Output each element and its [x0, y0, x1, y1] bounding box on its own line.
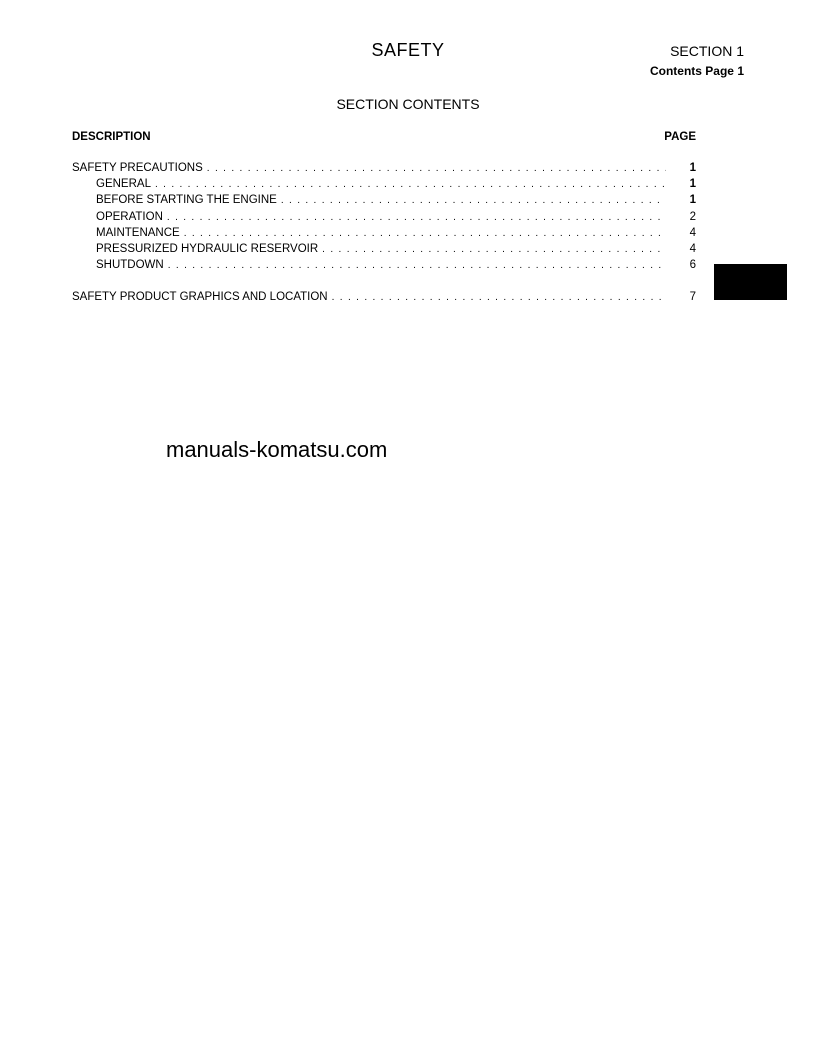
section-contents-heading: SECTION CONTENTS [0, 96, 816, 112]
toc-entry-label: BEFORE STARTING THE ENGINE [72, 194, 281, 206]
dot-leader: ........................................… [207, 163, 666, 174]
dot-leader: ........................................… [167, 212, 666, 223]
toc-entry[interactable]: SAFETY PRODUCT GRAPHICS AND LOCATION....… [72, 291, 696, 307]
watermark-text: manuals-komatsu.com [166, 437, 387, 463]
toc-entry-page: 2 [684, 211, 696, 223]
toc-entry-page: 6 [684, 259, 696, 271]
section-label: SECTION 1 [670, 43, 744, 59]
dot-leader: ........................................… [332, 292, 666, 303]
toc-entry-page: 1 [684, 194, 696, 206]
toc-entry[interactable]: OPERATION...............................… [72, 211, 696, 227]
toc-entry-label: OPERATION [72, 211, 167, 223]
contents-page-label: Contents Page 1 [650, 64, 744, 78]
toc-entry-label: GENERAL [72, 178, 155, 190]
toc-entry-page: 1 [684, 178, 696, 190]
toc-entry[interactable]: SAFETY PRECAUTIONS......................… [72, 162, 696, 178]
toc-entry-page: 7 [684, 291, 696, 303]
dot-leader: ........................................… [168, 260, 666, 271]
toc-entry[interactable]: BEFORE STARTING THE ENGINE..............… [72, 194, 696, 210]
toc-entry-page: 4 [684, 243, 696, 255]
toc-entry-label: SHUTDOWN [72, 259, 168, 271]
toc-entry-page: 1 [684, 162, 696, 174]
dot-leader: ........................................… [184, 228, 666, 239]
dot-leader: ........................................… [322, 244, 666, 255]
toc-entry-label: SAFETY PRODUCT GRAPHICS AND LOCATION [72, 291, 332, 303]
toc-entry-label: SAFETY PRECAUTIONS [72, 162, 207, 174]
section-index-tab [714, 264, 787, 300]
table-of-contents: SAFETY PRECAUTIONS......................… [72, 162, 696, 308]
toc-entry[interactable]: PRESSURIZED HYDRAULIC RESERVOIR.........… [72, 243, 696, 259]
toc-entry[interactable]: GENERAL.................................… [72, 178, 696, 194]
toc-entry-label: MAINTENANCE [72, 227, 184, 239]
dot-leader: ........................................… [155, 179, 666, 190]
page-column-header: PAGE [664, 131, 696, 143]
toc-entry[interactable]: MAINTENANCE.............................… [72, 227, 696, 243]
description-column-header: DESCRIPTION [72, 131, 151, 143]
toc-entry-label: PRESSURIZED HYDRAULIC RESERVOIR [72, 243, 322, 255]
toc-entry-page: 4 [684, 227, 696, 239]
dot-leader: ........................................… [281, 195, 666, 206]
toc-entry[interactable]: SHUTDOWN................................… [72, 259, 696, 275]
